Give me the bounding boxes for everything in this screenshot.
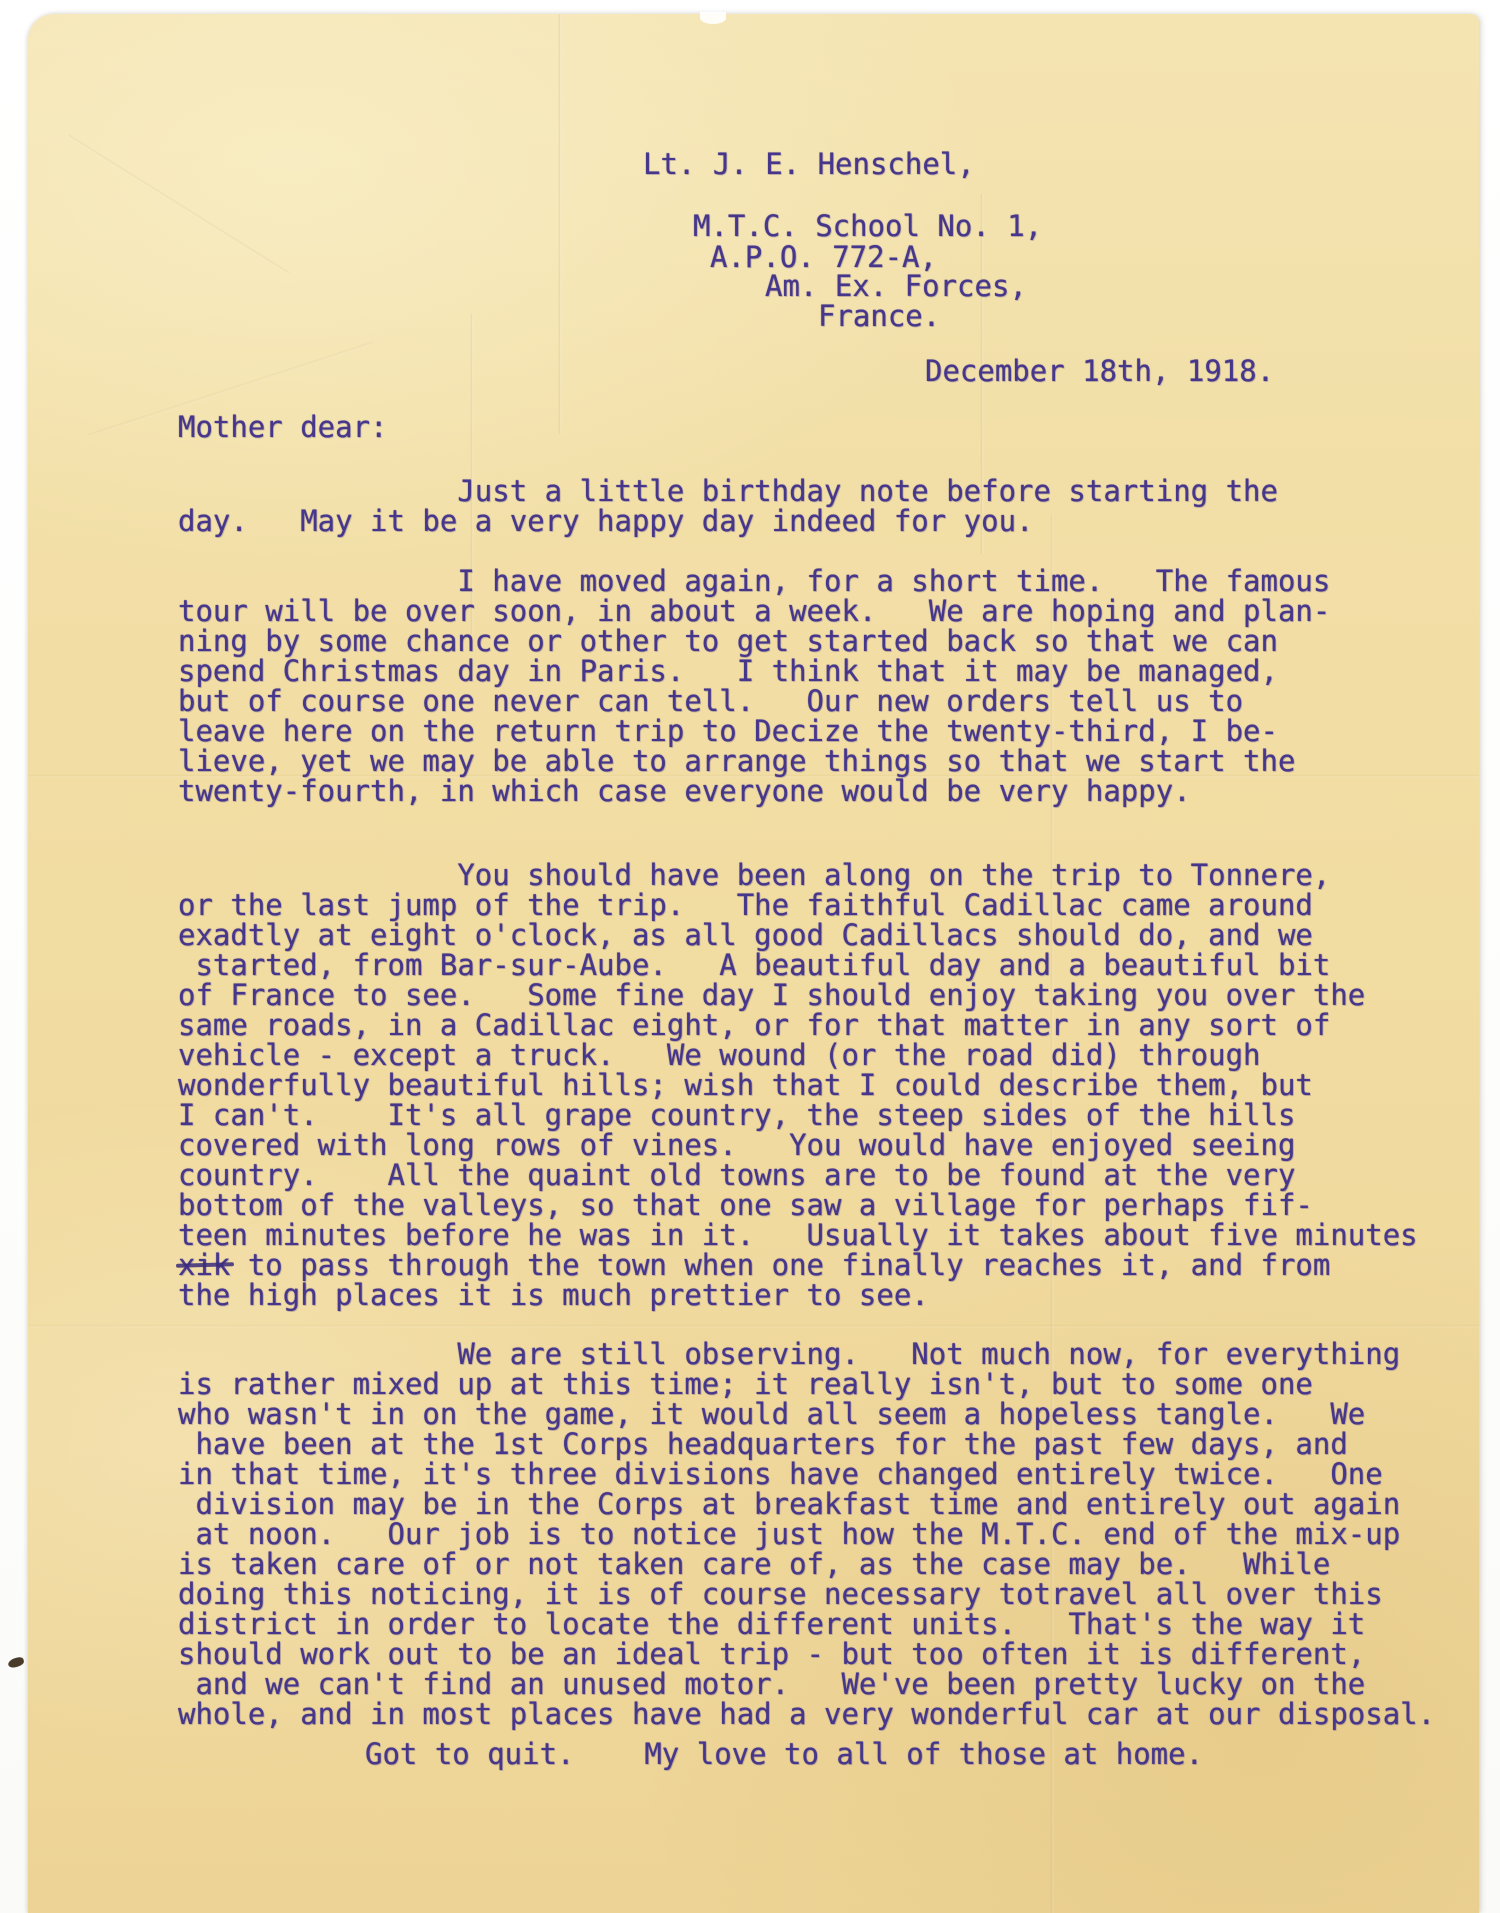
paper-crease <box>558 14 562 434</box>
paper-fiber-mark <box>7 1656 25 1669</box>
date-line: December 18th, 1918. <box>925 356 1274 386</box>
paragraph-still-observing: We are still observing. Not much now, fo… <box>178 1339 1435 1729</box>
paper-tear <box>700 12 726 24</box>
address-line-country: France. <box>818 301 940 331</box>
scanned-letter-background: Lt. J. E. Henschel, M.T.C. School No. 1,… <box>0 0 1500 1913</box>
address-line-apo: A.P.O. 772-A, <box>710 242 937 272</box>
closing-line: Got to quit. My love to all of those at … <box>365 1739 1203 1769</box>
address-line-forces: Am. Ex. Forces, <box>765 271 1027 301</box>
sender-name: Lt. J. E. Henschel, <box>643 149 975 179</box>
paragraph-trip-to-tonnere: You should have been along on the trip t… <box>178 860 1418 1310</box>
paper-crease <box>67 134 289 274</box>
address-line-school: M.T.C. School No. 1, <box>693 211 1042 241</box>
paragraph-birthday-note: Just a little birthday note before start… <box>178 476 1278 536</box>
salutation: Mother dear: <box>178 412 388 442</box>
paragraph-moved-again: I have moved again, for a short time. Th… <box>178 566 1330 806</box>
paper-crease <box>28 1324 1479 1328</box>
